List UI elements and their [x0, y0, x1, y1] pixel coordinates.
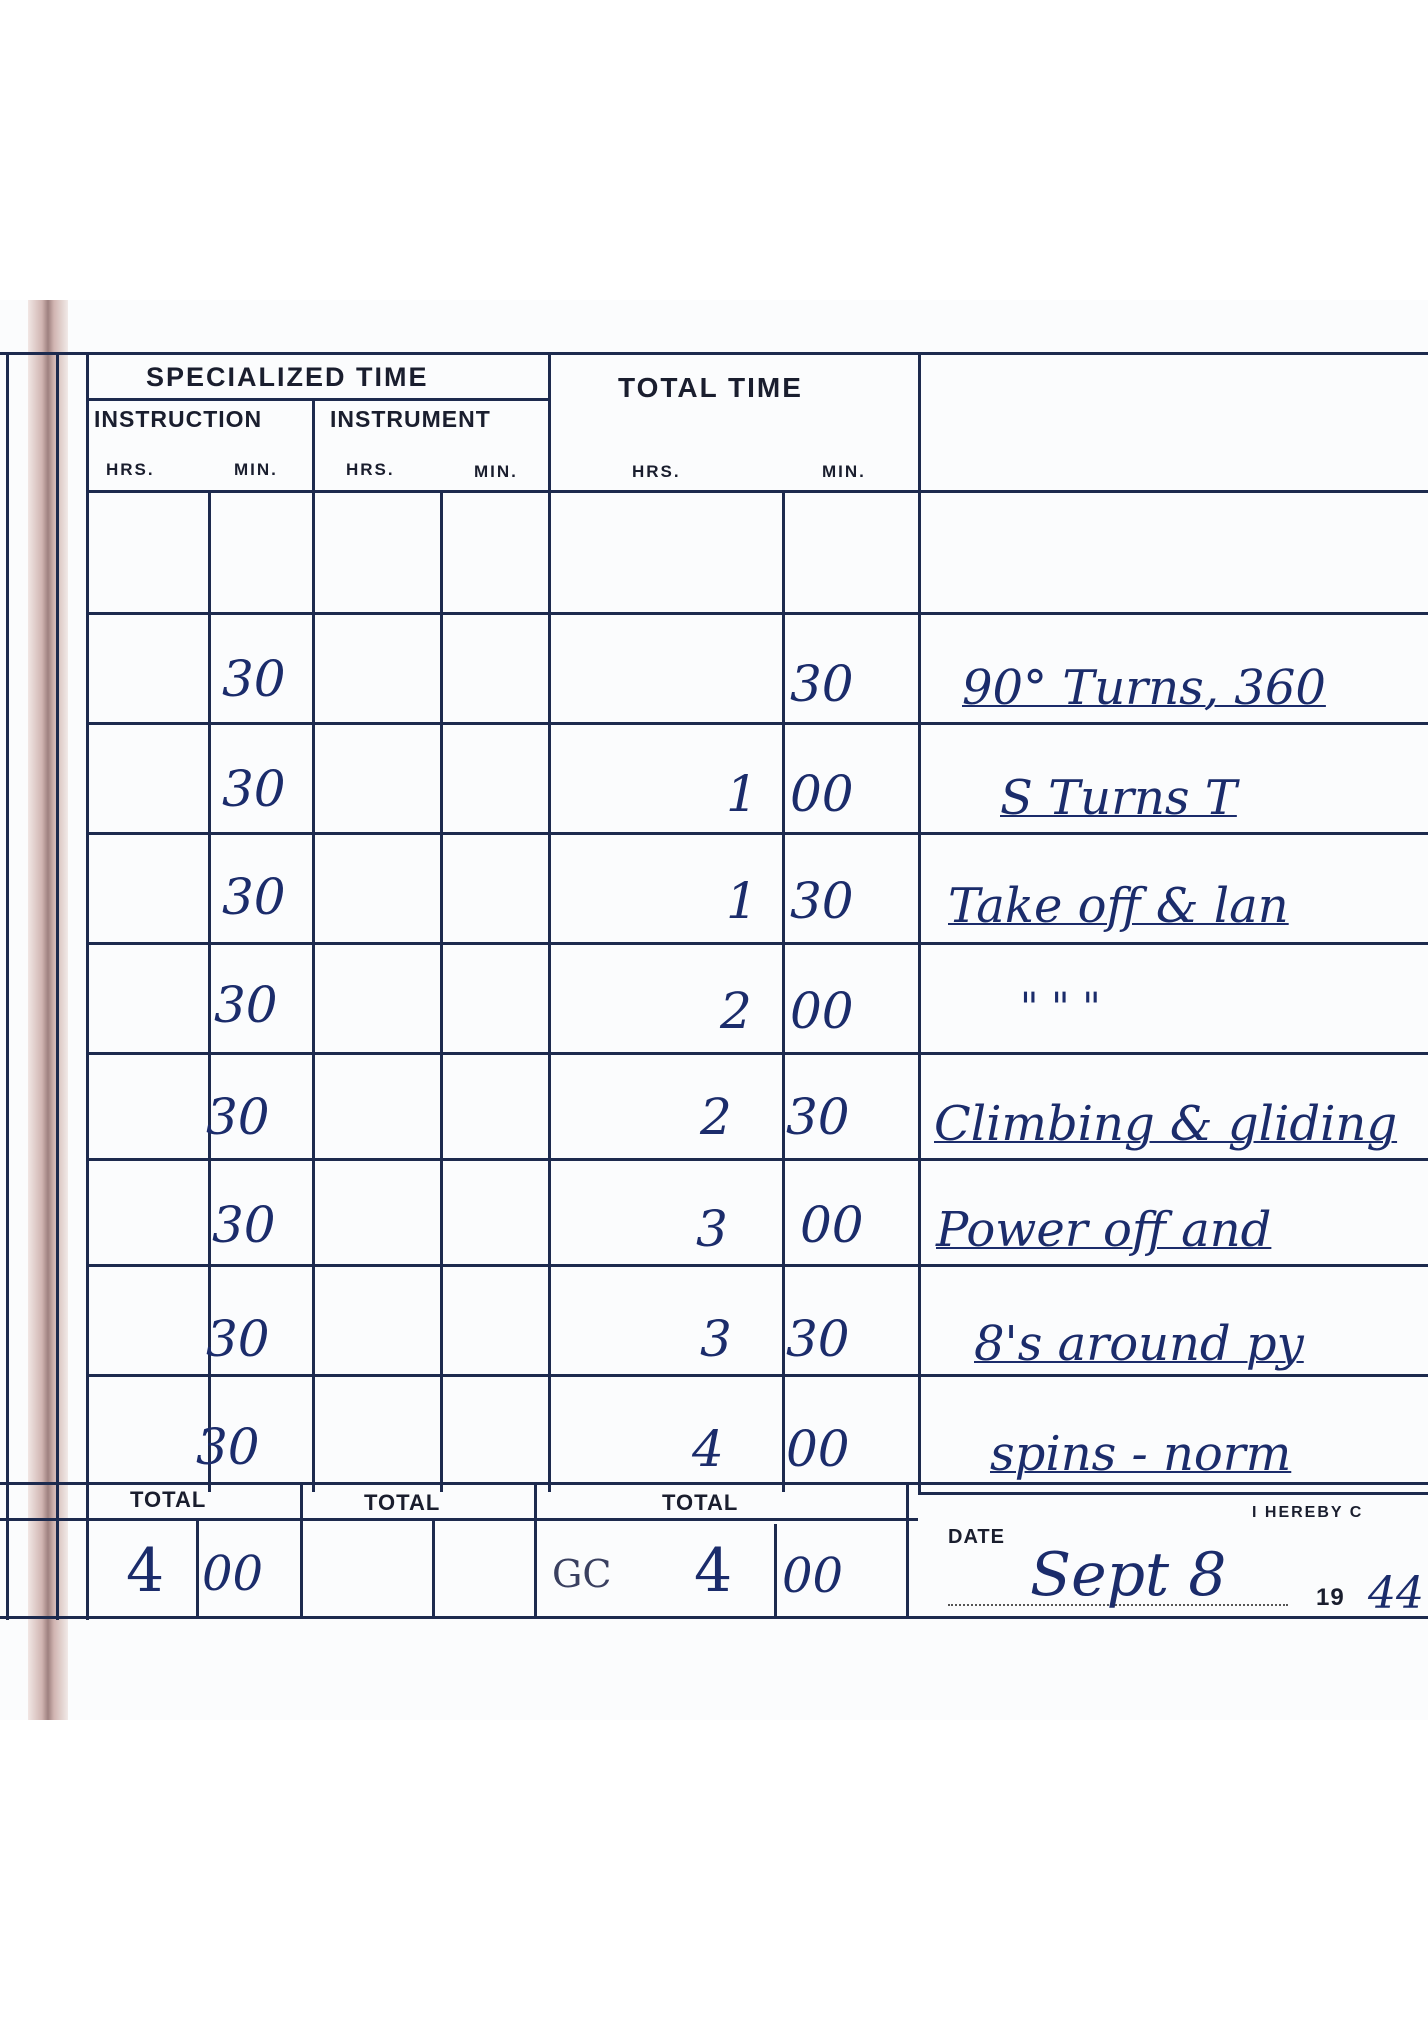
inst-hrs-min-divider [440, 490, 443, 1492]
total-hrs-cell: 3 [700, 1310, 732, 1368]
specialized-total-divider [548, 352, 551, 1492]
total-min-cell: 30 [786, 1088, 850, 1146]
instruction-min-cell: 30 [206, 1088, 270, 1146]
total-min-cell: 00 [790, 765, 854, 823]
remarks-cell: S Turns T [1000, 770, 1237, 826]
instruction-instrument-divider [312, 398, 315, 490]
inst-hrs-label: HRS. [346, 460, 395, 480]
totals-label-total: TOTAL [662, 1490, 738, 1516]
totals-label-instrument: TOTAL [364, 1490, 440, 1516]
row-rule [86, 1158, 1428, 1161]
instruction-min-cell: 30 [196, 1418, 260, 1476]
total-hrs-cell: 1 [726, 872, 758, 930]
inst-min-label: MIN. [474, 462, 518, 482]
date-label: DATE [948, 1526, 1005, 1549]
instruction-col-divider [312, 490, 315, 1492]
total-min-cell: 30 [786, 1310, 850, 1368]
total-time-header: TOTAL TIME [618, 372, 803, 404]
instruction-min-cell: 30 [206, 1310, 270, 1368]
row-rule [86, 1052, 1428, 1055]
top-rule [0, 352, 1428, 355]
total-min-cell: 30 [790, 655, 854, 713]
total-hrs-label: HRS. [632, 462, 681, 482]
date-value: Sept 8 [1030, 1540, 1226, 1610]
instr-min-label: MIN. [234, 460, 278, 480]
instrument-header: INSTRUMENT [330, 406, 491, 433]
remarks-cell: 8's around py [974, 1316, 1304, 1372]
header-bottom-rule [86, 490, 1428, 493]
instruction-min-cell: 30 [222, 760, 286, 818]
total-hrs-cell: 4 [692, 1420, 724, 1478]
year-value: 44 [1368, 1568, 1424, 1619]
instruction-min-cell: 30 [214, 976, 278, 1034]
total-min-cell: 00 [790, 982, 854, 1040]
row-rule [86, 722, 1428, 725]
table-left-rule [86, 352, 89, 1620]
total-time-min: 00 [782, 1548, 843, 1604]
total-min-cell: 00 [800, 1196, 864, 1254]
bottom-rule [0, 1616, 1428, 1619]
total-min-label: MIN. [822, 462, 866, 482]
remarks-cell: spins - norm [990, 1426, 1291, 1482]
remarks-cell: 90° Turns, 360 [962, 660, 1326, 716]
row-rule [86, 612, 1428, 615]
row-rule [86, 942, 1428, 945]
year-prefix: 19 [1316, 1584, 1345, 1612]
left-margin-rule [6, 352, 9, 1620]
specialized-time-header: SPECIALIZED TIME [146, 362, 429, 393]
totals-cert-divider [906, 1482, 909, 1618]
totals-label-rule [0, 1518, 918, 1521]
row-rule [86, 832, 1428, 835]
row-rule [86, 1374, 1428, 1377]
instr-hrs-label: HRS. [106, 460, 155, 480]
total-instruction-hrs: 4 [126, 1536, 164, 1606]
instruction-min-cell: 30 [222, 868, 286, 926]
remarks-cell: Climbing & gliding [934, 1096, 1397, 1152]
binding-rule [56, 352, 59, 1620]
total-hrs-cell: 2 [700, 1088, 732, 1146]
instruction-min-cell: 30 [212, 1196, 276, 1254]
totals-inst-divider [432, 1518, 435, 1618]
totals-total-divider [774, 1524, 777, 1618]
totals-instr-divider [196, 1518, 199, 1618]
total-instruction-min: 00 [202, 1546, 263, 1602]
total-time-prefix: GC [552, 1552, 611, 1596]
remarks-cell: Power off and [936, 1202, 1271, 1258]
total-hrs-cell: 1 [726, 765, 758, 823]
totals-top-rule [0, 1482, 1428, 1485]
certification-text: I HEREBY C [1252, 1504, 1363, 1522]
total-min-cell: 30 [790, 872, 854, 930]
cert-top-rule [918, 1492, 1428, 1495]
total-hrs-cell: 2 [720, 982, 752, 1040]
specialized-underline [86, 398, 549, 401]
totals-col-divider [300, 1482, 303, 1618]
row-rule [86, 1264, 1428, 1267]
instruction-header: INSTRUCTION [94, 406, 262, 433]
totals-label-instruction: TOTAL [130, 1487, 206, 1513]
page-binding [28, 300, 68, 1720]
total-hrs-min-divider [782, 490, 785, 1492]
remarks-cell-ditto: " " " [1020, 985, 1101, 1031]
total-hrs-cell: 3 [696, 1200, 728, 1258]
total-min-cell: 00 [786, 1420, 850, 1478]
instruction-min-cell: 30 [222, 650, 286, 708]
totals-col-divider [534, 1482, 537, 1618]
total-remarks-divider [918, 352, 921, 1492]
remarks-cell: Take off & lan [948, 878, 1289, 934]
total-time-hrs: 4 [694, 1536, 732, 1606]
